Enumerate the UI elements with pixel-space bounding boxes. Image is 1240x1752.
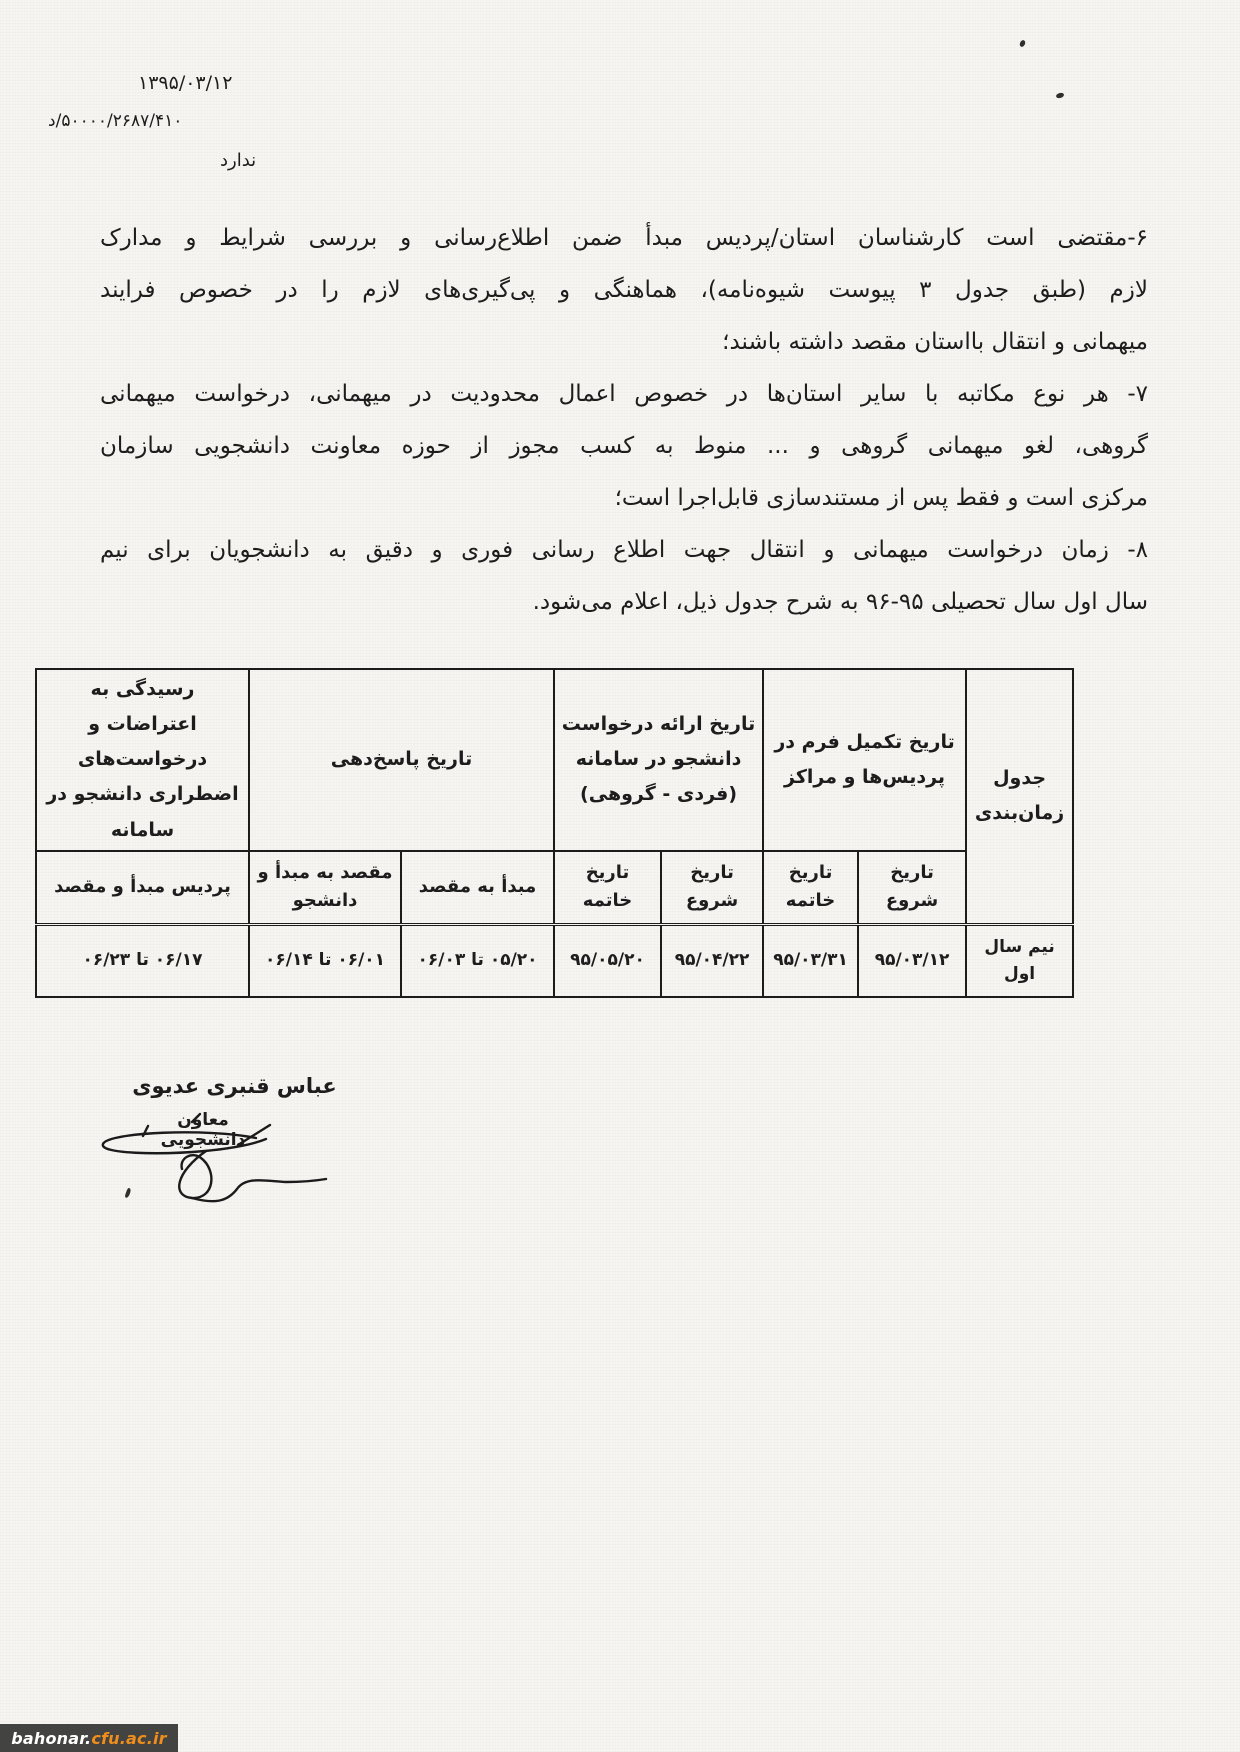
th-start-date: تاریخ شروع (858, 851, 966, 925)
body-line: ۸- زمان درخواست میهمانی و انتقال جهت اطل… (100, 524, 1148, 576)
cell-date-range: ۰۵/۲۰ تا ۰۶/۰۳ (401, 924, 554, 997)
cell-date: ۹۵/۰۵/۲۰ (554, 924, 661, 997)
cell-date: ۹۵/۰۳/۱۲ (858, 924, 966, 997)
scan-speck (1055, 92, 1064, 99)
letter-number: ۵۰۰۰۰/۲۶۸۷/۴۱۰/د (48, 111, 182, 131)
site-name-accent: cfu.ac.ir (91, 1729, 166, 1748)
letter-date: ۱۳۹۵/۰۳/۱۲ (138, 72, 232, 94)
th-objections: رسیدگی به اعتراضات و درخواست‌های اضطراری… (36, 669, 249, 851)
th-form-completion: تاریخ تکمیل فرم در پردیس‌ها و مراکز (763, 669, 966, 851)
schedule-table: جدول زمان‌بندی تاریخ تکمیل فرم در پردیس‌… (35, 668, 1074, 998)
body-line: مرکزی است و فقط پس از مستندسازی قابل‌اجر… (100, 472, 1148, 524)
cell-date: ۹۵/۰۴/۲۲ (661, 924, 763, 997)
th-origin-dest-campus: پردیس مبدأ و مقصد (36, 851, 249, 925)
site-name-bold: bahonar. (11, 1729, 91, 1748)
th-response-date: تاریخ پاسخ‌دهی (249, 669, 554, 851)
scanned-letter-page: ۱۳۹۵/۰۳/۱۲ ۵۰۰۰۰/۲۶۸۷/۴۱۰/د ندارد ۶-مقتض… (0, 0, 1240, 1752)
handwritten-signature (88, 1112, 338, 1212)
th-dest-to-origin: مقصد به مبدأ و دانشجو (249, 851, 401, 925)
th-student-request: تاریخ ارائه درخواست دانشجو در سامانه (فر… (554, 669, 763, 851)
body-line: ۷- هر نوع مکاتبه با سایر استان‌ها در خصو… (100, 368, 1148, 420)
website-badge: bahonar.cfu.ac.ir (0, 1724, 178, 1752)
th-end-date: تاریخ خاتمه (554, 851, 661, 925)
cell-date-range: ۰۶/۰۱ تا ۰۶/۱۴ (249, 924, 401, 997)
table-header-row-groups: جدول زمان‌بندی تاریخ تکمیل فرم در پردیس‌… (36, 669, 1073, 851)
letter-body: ۶-مقتضی است کارشناسان استان/پردیس مبدأ ض… (100, 212, 1148, 628)
th-end-date: تاریخ خاتمه (763, 851, 858, 925)
signer-name: عباس قنبری عدیوی (122, 1074, 347, 1098)
body-line: ۶-مقتضی است کارشناسان استان/پردیس مبدأ ض… (100, 212, 1148, 264)
table-header-row-sub: تاریخ شروع تاریخ خاتمه تاریخ شروع تاریخ … (36, 851, 1073, 925)
cell-date-range: ۰۶/۱۷ تا ۰۶/۲۳ (36, 924, 249, 997)
cell-date: ۹۵/۰۳/۳۱ (763, 924, 858, 997)
th-schedule-title: جدول زمان‌بندی (966, 669, 1073, 924)
table-data-row: نیم سال اول ۹۵/۰۳/۱۲ ۹۵/۰۳/۳۱ ۹۵/۰۴/۲۲ ۹… (36, 924, 1073, 997)
letter-attachment: ندارد (220, 150, 256, 171)
body-line: میهمانی و انتقال بااستان مقصد داشته باشن… (100, 316, 1148, 368)
body-line: گروهی، لغو میهمانی گروهی و ... منوط به ک… (100, 420, 1148, 472)
body-line: سال اول سال تحصیلی ۹۵-۹۶ به شرح جدول ذیل… (100, 576, 1148, 628)
body-line: لازم (طبق جدول ۳ پیوست شیوه‌نامه)، هماهن… (100, 264, 1148, 316)
th-start-date: تاریخ شروع (661, 851, 763, 925)
cell-semester-label: نیم سال اول (966, 924, 1073, 997)
scan-speck (1019, 39, 1026, 47)
th-origin-to-dest: مبدأ به مقصد (401, 851, 554, 925)
